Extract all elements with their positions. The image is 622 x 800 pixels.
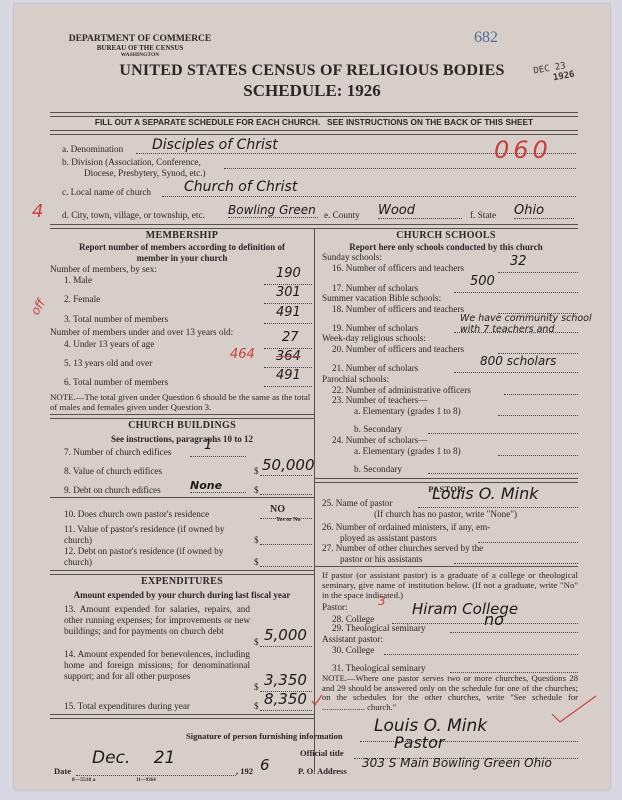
by-age-label: Number of members under and over 13 year… bbox=[50, 327, 233, 338]
assistant-pastor-label: Assistant pastor: bbox=[322, 634, 383, 645]
church-buildings-heading: CHURCH BUILDINGS bbox=[50, 420, 314, 431]
year-prefix: , 192 bbox=[236, 766, 253, 777]
red-check-mark-icon bbox=[550, 694, 600, 724]
date-value: Dec. 21 bbox=[92, 748, 175, 768]
q26-field[interactable] bbox=[478, 531, 578, 543]
residence-value-currency: $ bbox=[254, 535, 259, 546]
red-tick-icon bbox=[310, 693, 324, 707]
page-title: UNITED STATES CENSUS OF RELIGIOUS BODIES… bbox=[14, 62, 610, 101]
total-expenditures-currency: $ bbox=[254, 701, 259, 712]
q30-label: 30. College bbox=[332, 645, 374, 656]
form-code-1: 8—5518 a bbox=[72, 777, 95, 783]
signature-label: Signature of person furnishing informati… bbox=[186, 731, 343, 742]
q24a-label: a. Elementary (grades 1 to 8) bbox=[354, 446, 461, 457]
official-title-label: Official title bbox=[300, 748, 344, 759]
q24-label: 24. Number of scholars— bbox=[332, 435, 427, 446]
running-expenses-value: 5,000 bbox=[264, 626, 307, 644]
q29-field[interactable] bbox=[450, 621, 578, 633]
year-suffix: 6 bbox=[260, 756, 270, 774]
under-13-value: 27 bbox=[282, 330, 299, 345]
title-line-1: UNITED STATES CENSUS OF RELIGIOUS BODIES bbox=[14, 62, 610, 80]
over-13-correction: 464 bbox=[230, 347, 255, 362]
over-13-value: 364 bbox=[276, 349, 301, 364]
division-label: b. Division (Association, Conference, Di… bbox=[62, 157, 206, 179]
q26-label: 26. Number of ordained ministers, if any… bbox=[322, 522, 490, 544]
q23-label: 23. Number of teachers— bbox=[332, 395, 427, 406]
official-title-value: Pastor bbox=[394, 733, 444, 752]
over-13-label: 5. 13 years old and over bbox=[64, 358, 152, 369]
schools-rule bbox=[314, 478, 578, 483]
q16-label: 16. Number of officers and teachers bbox=[332, 263, 464, 274]
membership-subtitle: Report number of members according to de… bbox=[70, 242, 294, 264]
edifices-debt-field[interactable] bbox=[260, 483, 312, 495]
female-label: 2. Female bbox=[64, 294, 100, 305]
edifices-debt-currency: $ bbox=[254, 485, 259, 496]
parochial-schools-label: Parochial schools: bbox=[322, 374, 389, 385]
serial-number: 682 bbox=[474, 29, 498, 47]
buildings-rule bbox=[50, 570, 314, 575]
q24a-field[interactable] bbox=[498, 444, 578, 456]
male-value: 190 bbox=[276, 266, 301, 281]
running-expenses-label: 13. Amount expended for salaries, repair… bbox=[64, 604, 250, 637]
sunday-schools-label: Sunday schools: bbox=[322, 252, 382, 263]
q27-field[interactable] bbox=[454, 552, 578, 564]
weekday-schools-label: Week-day religious schools: bbox=[322, 333, 426, 344]
column-divider bbox=[314, 228, 315, 772]
city-label: d. City, town, village, or township, etc… bbox=[62, 210, 205, 221]
q24b-field[interactable] bbox=[428, 462, 578, 474]
edifices-count-label: 7. Number of church edifices bbox=[64, 447, 171, 458]
benevolences-value: 3,350 bbox=[264, 671, 307, 689]
instruction-bar: FILL OUT A SEPARATE SCHEDULE FOR EACH CH… bbox=[50, 117, 578, 127]
expenditures-subtitle: Amount expended by your church during la… bbox=[50, 590, 314, 600]
local-name-label: c. Local name of church bbox=[62, 187, 151, 198]
q23b-field[interactable] bbox=[428, 422, 578, 434]
total-expenditures-label: 15. Total expenditures during year bbox=[64, 701, 190, 712]
residence-value-field[interactable] bbox=[260, 533, 312, 545]
q30-field[interactable] bbox=[384, 643, 578, 655]
female-value: 301 bbox=[276, 285, 301, 300]
residence-debt-field[interactable] bbox=[260, 555, 312, 567]
male-label: 1. Male bbox=[64, 275, 92, 286]
buildings-mid-rule bbox=[50, 497, 314, 498]
denomination-label: a. Denomination bbox=[62, 144, 123, 155]
q17-value: 500 bbox=[470, 274, 495, 289]
department-name: DEPARTMENT OF COMMERCE bbox=[50, 34, 230, 44]
benevolences-label: 14. Amount expended for benevolences, in… bbox=[64, 649, 250, 682]
yes-or-no-hint: Yes or No bbox=[276, 517, 301, 523]
membership-rule bbox=[50, 414, 314, 419]
bureau-name: BUREAU OF THE CENSUS bbox=[50, 44, 230, 52]
total-members-2-value: 491 bbox=[276, 368, 301, 383]
q23a-field[interactable] bbox=[498, 404, 578, 416]
state-label: f. State bbox=[470, 210, 496, 221]
residence-value-label: 11. Value of pastor's residence (if owne… bbox=[64, 524, 250, 546]
q24b-label: b. Secondary bbox=[354, 464, 402, 475]
q20-label: 20. Number of officers and teachers bbox=[332, 344, 464, 355]
membership-heading: MEMBERSHIP bbox=[50, 230, 314, 241]
edifices-value-value: 50,000 bbox=[262, 456, 315, 474]
q22-field[interactable] bbox=[504, 383, 578, 395]
edifices-debt-value[interactable]: None bbox=[190, 479, 246, 493]
state-value[interactable]: Ohio bbox=[514, 203, 574, 219]
census-schedule-page: DEPARTMENT OF COMMERCE BUREAU OF THE CEN… bbox=[14, 4, 610, 790]
division-field[interactable] bbox=[224, 157, 576, 169]
q18-label: 18. Number of officers and teachers bbox=[332, 304, 464, 315]
church-schools-subtitle: Report here only schools conducted by th… bbox=[314, 242, 578, 252]
pastor-name-label: 25. Name of pastor bbox=[322, 498, 392, 509]
q23a-label: a. Elementary (grades 1 to 8) bbox=[354, 406, 461, 417]
by-sex-label: Number of members, by sex: bbox=[50, 264, 157, 275]
weekday-note: We have community school with 7 teachers… bbox=[460, 313, 592, 335]
membership-note: NOTE.—The total given under Question 6 s… bbox=[50, 392, 312, 412]
department-heading: DEPARTMENT OF COMMERCE BUREAU OF THE CEN… bbox=[50, 34, 230, 58]
q29-value: no bbox=[484, 610, 504, 629]
residence-debt-label: 12. Debt on pastor's residence (if owned… bbox=[64, 546, 250, 568]
county-value[interactable]: Wood bbox=[378, 203, 462, 219]
q23b-label: b. Secondary bbox=[354, 424, 402, 435]
owns-residence-value: No bbox=[270, 504, 285, 515]
total-members-value: 491 bbox=[276, 305, 301, 320]
q16-value: 32 bbox=[510, 254, 527, 269]
total-members-label: 3. Total number of members bbox=[64, 314, 168, 325]
pastor-name-hint: (If church has no pastor, write "None") bbox=[374, 509, 517, 520]
under-13-label: 4. Under 13 years of age bbox=[64, 339, 154, 350]
pastor-name-value: Louis O. Mink bbox=[432, 484, 538, 503]
edifices-value-currency: $ bbox=[254, 466, 259, 477]
county-label: e. County bbox=[324, 210, 360, 221]
edifices-value-label: 8. Value of church edifices bbox=[64, 466, 162, 477]
q21-label: 21. Number of scholars bbox=[332, 363, 418, 374]
city-value[interactable]: Bowling Green bbox=[228, 203, 318, 218]
expenditures-rule bbox=[50, 714, 314, 719]
local-name-value: Church of Christ bbox=[184, 179, 297, 195]
benevolences-currency: $ bbox=[254, 682, 259, 693]
edifices-debt-label: 9. Debt on church edifices bbox=[64, 485, 161, 496]
denomination-value: Disciples of Christ bbox=[152, 137, 278, 153]
q31-field[interactable] bbox=[450, 661, 578, 673]
running-expenses-currency: $ bbox=[254, 637, 259, 648]
pastor-note: NOTE.—Where one pastor serves two or mor… bbox=[322, 674, 578, 712]
date-label: Date bbox=[54, 766, 71, 777]
expenditures-heading: EXPENDITURES bbox=[50, 576, 314, 587]
city-name: WASHINGTON bbox=[50, 52, 230, 58]
header-rule-bottom bbox=[50, 130, 578, 135]
q29-label: 29. Theological seminary bbox=[332, 623, 425, 634]
pastor-mid-rule bbox=[314, 566, 578, 567]
total-members-2-label: 6. Total number of members bbox=[64, 377, 168, 388]
address-label: P. O. Address bbox=[298, 766, 347, 777]
graduate-note: If pastor (or assistant pastor) is a gra… bbox=[322, 570, 578, 600]
edifices-count-value: 1 bbox=[204, 438, 212, 453]
margin-mark-off: off bbox=[28, 297, 48, 318]
owns-residence-label: 10. Does church own pastor's residence bbox=[64, 509, 209, 520]
title-line-2: SCHEDULE: 1926 bbox=[14, 81, 610, 101]
church-schools-heading: CHURCH SCHOOLS bbox=[314, 230, 578, 241]
total-expenditures-value: 8,350 bbox=[264, 690, 307, 708]
margin-mark-4: 4 bbox=[32, 201, 43, 222]
q20-field[interactable] bbox=[498, 342, 578, 354]
summer-schools-label: Summer vacation Bible schools: bbox=[322, 293, 441, 304]
q21-value: 800 scholars bbox=[480, 354, 556, 368]
church-buildings-subtitle: See instructions, paragraphs 10 to 12 bbox=[50, 434, 314, 444]
pastor-sub-label: Pastor: bbox=[322, 602, 348, 613]
address-value[interactable]: 303 S Main Bowling Green Ohio bbox=[362, 756, 552, 770]
form-code-2: 11—9364 bbox=[136, 778, 156, 783]
pastor-red-mark: 3 bbox=[378, 594, 386, 608]
residence-debt-currency: $ bbox=[254, 557, 259, 568]
edifices-count-field[interactable] bbox=[190, 445, 246, 457]
